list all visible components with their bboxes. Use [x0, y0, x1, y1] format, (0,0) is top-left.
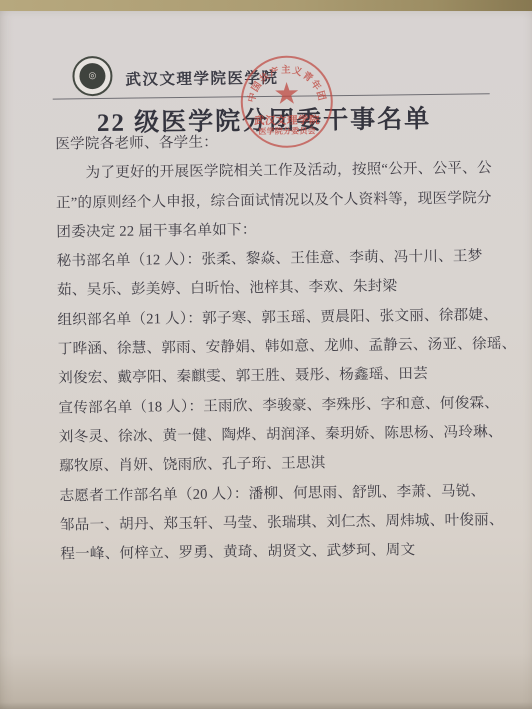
school-seal-emblem-icon: ◎	[79, 63, 105, 89]
body-line: 正”的原则经个人申报，综合面试情况以及个人资料等，现医学院分	[56, 184, 496, 219]
publicity-dept-list: 刘冬灵、徐冰、黄一健、陶烨、胡润泽、秦玥娇、陈思杨、冯玲琳、	[59, 418, 499, 453]
document-body: 医学院各老师、各学生： 为了更好的开展医学院相关工作及活动，按照“公开、公平、公…	[55, 125, 500, 570]
organization-dept-list: 丁晔涵、徐慧、郭雨、安静娟、韩如意、龙帅、孟静云、汤亚、徐瑶、	[58, 330, 498, 365]
document-content: ◎ 武汉文理学院医学院 22 级医学院分团委干事名单 医学院各老师、各学生： 为…	[0, 0, 532, 709]
school-seal-logo: ◎	[72, 56, 112, 96]
document-photo: ◎ 武汉文理学院医学院 22 级医学院分团委干事名单 医学院各老师、各学生： 为…	[0, 0, 532, 709]
body-line: 为了更好的开展医学院相关工作及活动，按照“公开、公平、公	[55, 154, 495, 189]
volunteer-dept-list: 程一峰、何梓立、罗勇、黄琦、胡贤文、武梦珂、周文	[60, 535, 500, 570]
secretary-dept-list: 秘书部名单（12 人）：张柔、黎焱、王佳意、李萌、冯十川、王梦	[57, 242, 497, 277]
volunteer-dept-list: 邹品一、胡丹、郑玉轩、马莹、张瑞琪、刘仁杰、周炜城、叶俊丽、	[60, 506, 500, 541]
institution-name: 武汉文理学院医学院	[125, 65, 385, 90]
